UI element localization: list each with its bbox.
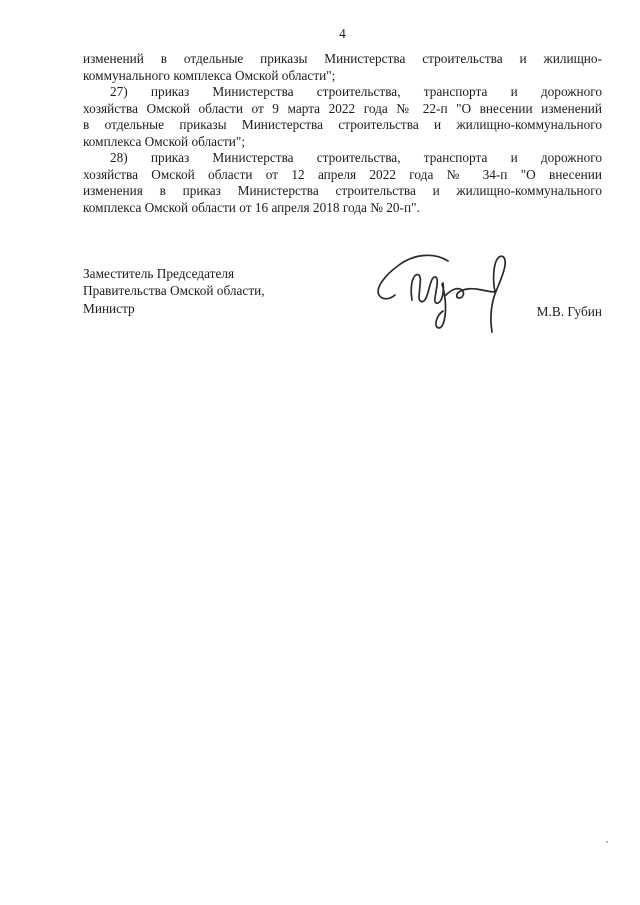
document-body: изменений в отдельные приказы Министерст… [83, 51, 602, 216]
signatory-name: М.В. Губин [83, 304, 602, 320]
text-line: в отдельные приказы Министерства строите… [83, 117, 602, 134]
text-line: 27) приказ Министерства строительства, т… [83, 84, 602, 101]
signatory-title-line: Заместитель Председателя [83, 265, 383, 282]
text-line: изменения в приказ Министерства строител… [83, 183, 602, 200]
paragraph: изменений в отдельные приказы Министерст… [83, 51, 602, 84]
paragraph: 28) приказ Министерства строительства, т… [83, 150, 602, 216]
page-number: 4 [83, 26, 602, 42]
text-line: комплекса Омской области от 16 апреля 20… [83, 200, 602, 217]
text-line: комплекса Омской области"; [83, 134, 602, 151]
scan-artifact-dot [606, 841, 608, 843]
text-line: изменений в отдельные приказы Министерст… [83, 51, 602, 68]
text-line: коммунального комплекса Омской области"; [83, 68, 602, 85]
signatory-title-line: Правительства Омской области, [83, 282, 383, 299]
paragraph: 27) приказ Министерства строительства, т… [83, 84, 602, 150]
document-page: 4 изменений в отдельные приказы Министер… [0, 0, 640, 905]
handwritten-signature-icon [368, 247, 518, 347]
text-line: хозяйства Омской области от 12 апреля 20… [83, 167, 602, 184]
text-line: хозяйства Омской области от 9 марта 2022… [83, 101, 602, 118]
text-line: 28) приказ Министерства строительства, т… [83, 150, 602, 167]
